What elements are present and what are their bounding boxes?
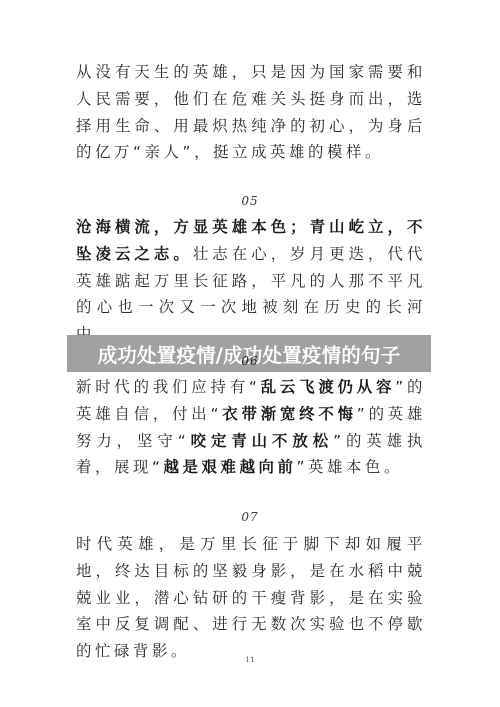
paragraph-text: 时代英雄，是万里长征于脚下却如履平地，终达目标的坚毅身影，是在水稻中兢兢业业，潜… bbox=[76, 535, 426, 660]
paragraph-05: 沧海横流，方显英雄本色；青山屹立，不坠凌云之志。壮志在心，岁月更迭，代代英雄踮起… bbox=[76, 214, 426, 348]
document-page: 从没有天生的英雄，只是因为国家需要和人民需要，他们在危难关头挺身而出，选择用生命… bbox=[0, 0, 500, 707]
quote-bold-text: 越是艰难越向前 bbox=[164, 458, 297, 476]
paragraph-06: 新时代的我们应持有“乱云飞渡仍从容”的英雄自信，付出“衣带渐宽终不悔”的英雄努力… bbox=[76, 374, 426, 481]
paragraph-text: 从没有天生的英雄，只是因为国家需要和人民需要，他们在危难关头挺身而出，选择用生命… bbox=[76, 63, 426, 161]
paragraph-intro: 从没有天生的英雄，只是因为国家需要和人民需要，他们在危难关头挺身而出，选择用生命… bbox=[76, 59, 426, 166]
page-number: 11 bbox=[0, 655, 500, 664]
quote-bold-text: 乱云飞渡仍从容 bbox=[260, 378, 395, 396]
quote-bold-text: 咬定青山不放松 bbox=[189, 432, 333, 450]
quote-bold-text: 衣带渐宽终不悔 bbox=[222, 405, 357, 423]
paragraph-text: 新时代的我们应持有“ bbox=[76, 378, 260, 396]
paragraph-text: ”英雄本色。 bbox=[296, 458, 403, 476]
section-number-07: 07 bbox=[0, 510, 500, 524]
paragraph-07: 时代英雄，是万里长征于脚下却如履平地，终达目标的坚毅身影，是在水稻中兢兢业业，潜… bbox=[76, 531, 426, 665]
section-number-05: 05 bbox=[0, 194, 500, 208]
section-number-06: 06 bbox=[0, 354, 500, 368]
